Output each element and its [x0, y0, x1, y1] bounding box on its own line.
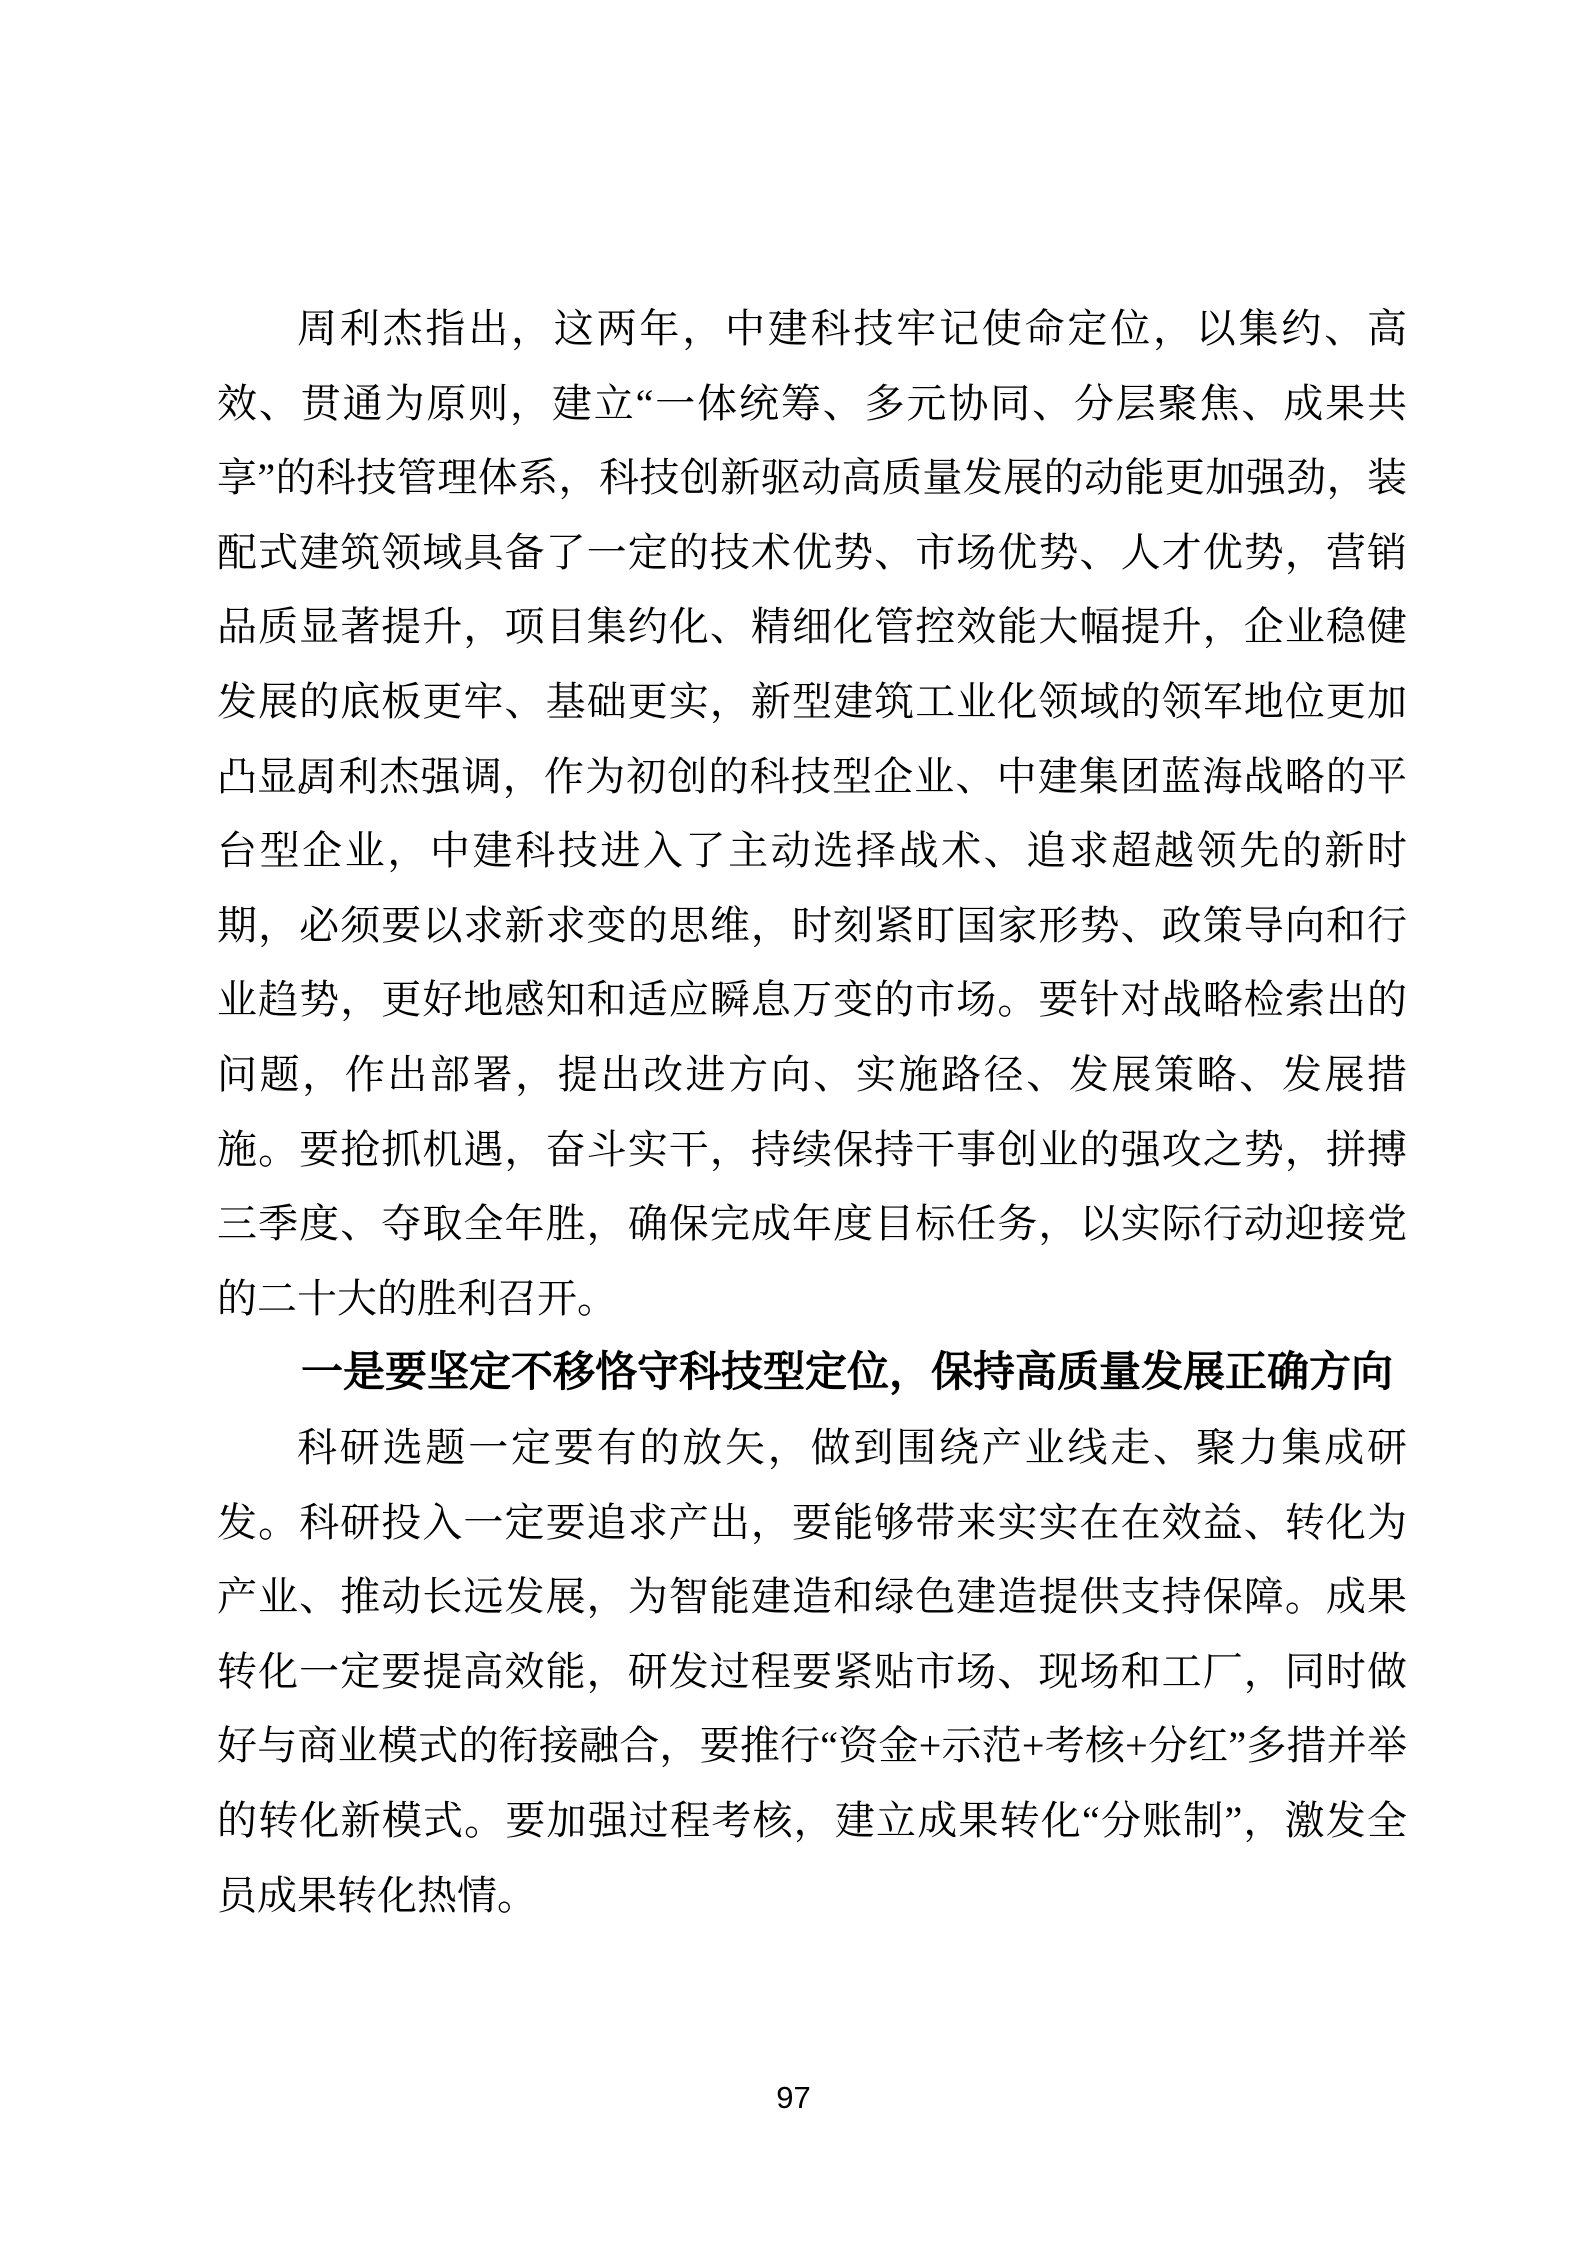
section-heading: 一是要坚定不移恪守科技型定位，保持高质量发展正确方向	[217, 1336, 1407, 1411]
paragraph-2: 周利杰强调，作为初创的科技型企业、中建集团蓝海战略的平台型企业，中建科技进入了主…	[217, 740, 1407, 1337]
page-number: 97	[0, 2080, 1587, 2116]
document-body: 周利杰指出，这两年，中建科技牢记使命定位，以集约、高效、贯通为原则，建立“一体统…	[217, 292, 1407, 1933]
paragraph-1: 周利杰指出，这两年，中建科技牢记使命定位，以集约、高效、贯通为原则，建立“一体统…	[217, 292, 1407, 740]
paragraph-3: 科研选题一定要有的放矢，做到围绕产业线走、聚力集成研发。科研投入一定要追求产出，…	[217, 1411, 1407, 1933]
document-page: 周利杰指出，这两年，中建科技牢记使命定位，以集约、高效、贯通为原则，建立“一体统…	[0, 0, 1587, 2245]
